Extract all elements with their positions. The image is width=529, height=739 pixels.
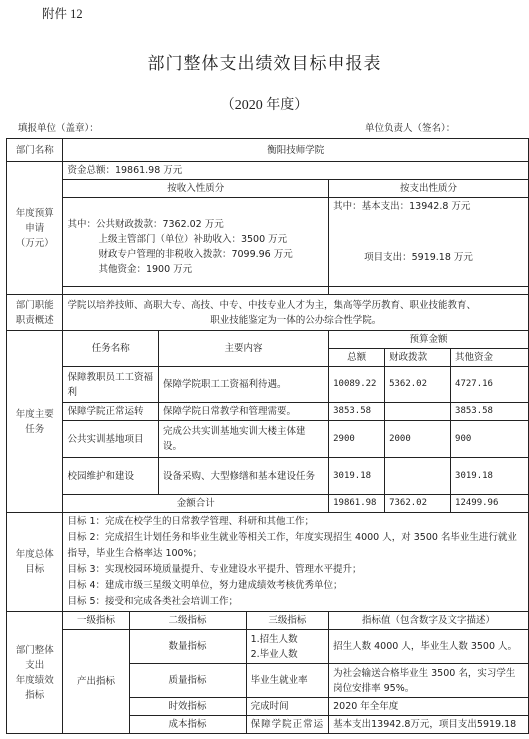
attachment-number: 附件 12 [42,4,83,22]
expense-breakdown: 其中：基本支出：13942.8 万元 项目支出：5919.18 万元 [329,198,529,287]
level2-header: 二级指标 [129,612,246,630]
fill-unit-label: 填报单位（盖章）： [18,120,99,134]
task-budget-header: 预算金额 [329,331,529,349]
responsible-signature-label: 单位负责人（签名）： [365,120,455,134]
goals-row: 年度总体 目标 目标 1：完成在校学生的日常教学管理、科研和其他工作； 目标 2… [7,513,529,612]
budget-spacer-row [7,287,529,295]
income-nature-header: 按收入性质分 [63,180,329,198]
report-year: （2020 年度） [0,94,529,114]
value-header: 指标值（包含数字及文字描述） [329,612,529,630]
duties-row: 部门职能 职责概述 学院以培养技师、高职大专、高技、中专、中技专业人才为主，集高… [7,295,529,331]
goals-label: 年度总体 目标 [7,513,63,612]
department-row: 部门名称 衡阳技师学院 [7,139,529,162]
task-row: 校园维护和建设 设备采购、大型修缮和基本建设任务 3019.18 3019.18 [7,458,529,495]
level1-header: 一级指标 [63,612,129,630]
indicators-header-row: 部门整体 支出 年度绩效 指标 一级指标 二级指标 三级指标 指标值（包含数字及… [7,612,529,630]
budget-header-row: 按收入性质分 按支出性质分 [7,180,529,198]
duties-label: 部门职能 职责概述 [7,295,63,331]
duties-text: 学院以培养技师、高职大专、高技、中专、中技专业人才为主，集高等学历教育、职业技能… [63,295,529,331]
task-sum-label: 金额合计 [63,495,329,513]
level3-header: 三级指标 [246,612,329,630]
income-breakdown: 其中：公共财政拨款：7362.02 万元 上级主管部门（单位）补助收入：3500… [63,198,329,287]
department-name: 衡阳技师学院 [63,139,529,162]
task-fiscal-header: 财政拨款 [385,349,451,367]
task-content-header: 主要内容 [159,331,329,367]
task-row: 保障学院正常运转 保障学院日常教学和管理需要。 3853.58 3853.58 [7,403,529,421]
indicators-label: 部门整体 支出 年度绩效 指标 [7,612,63,734]
budget-total: 资金总额：19861.98 万元 [63,162,529,180]
budget-total-row: 年度预算 申请 （万元） 资金总额：19861.98 万元 [7,162,529,180]
indicator-row: 产出指标 数量指标 1.招生人数 2.毕业人数 招生人数 4000 人，毕业生人… [7,630,529,664]
task-sum-other: 12499.96 [451,495,529,513]
budget-detail-row: 其中：公共财政拨款：7362.02 万元 上级主管部门（单位）补助收入：3500… [7,198,529,287]
performance-target-table: 部门名称 衡阳技师学院 年度预算 申请 （万元） 资金总额：19861.98 万… [6,138,529,734]
level1-output: 产出指标 [63,630,129,734]
department-label: 部门名称 [7,139,63,162]
expense-nature-header: 按支出性质分 [329,180,529,198]
goals-list: 目标 1：完成在校学生的日常教学管理、科研和其他工作； 目标 2：完成招生计划任… [63,513,529,612]
tasks-header-row: 年度主要 任务 任务名称 主要内容 预算金额 [7,331,529,349]
task-row: 公共实训基地项目 完成公共实训基地实训大楼主体建设。 2900 2000 900 [7,421,529,458]
page-title: 部门整体支出绩效目标申报表 [0,49,529,74]
task-sum-row: 金额合计 19861.98 7362.02 12499.96 [7,495,529,513]
task-sum-total: 19861.98 [329,495,385,513]
task-sum-fiscal: 7362.02 [385,495,451,513]
task-other-header: 其他资金 [451,349,529,367]
budget-label: 年度预算 申请 （万元） [7,162,63,295]
tasks-label: 年度主要 任务 [7,331,63,513]
task-row: 保障教职员工工资福利 保障学院职工工资福利待遇。 10089.22 5362.0… [7,367,529,403]
task-total-header: 总额 [329,349,385,367]
task-name-header: 任务名称 [63,331,159,367]
